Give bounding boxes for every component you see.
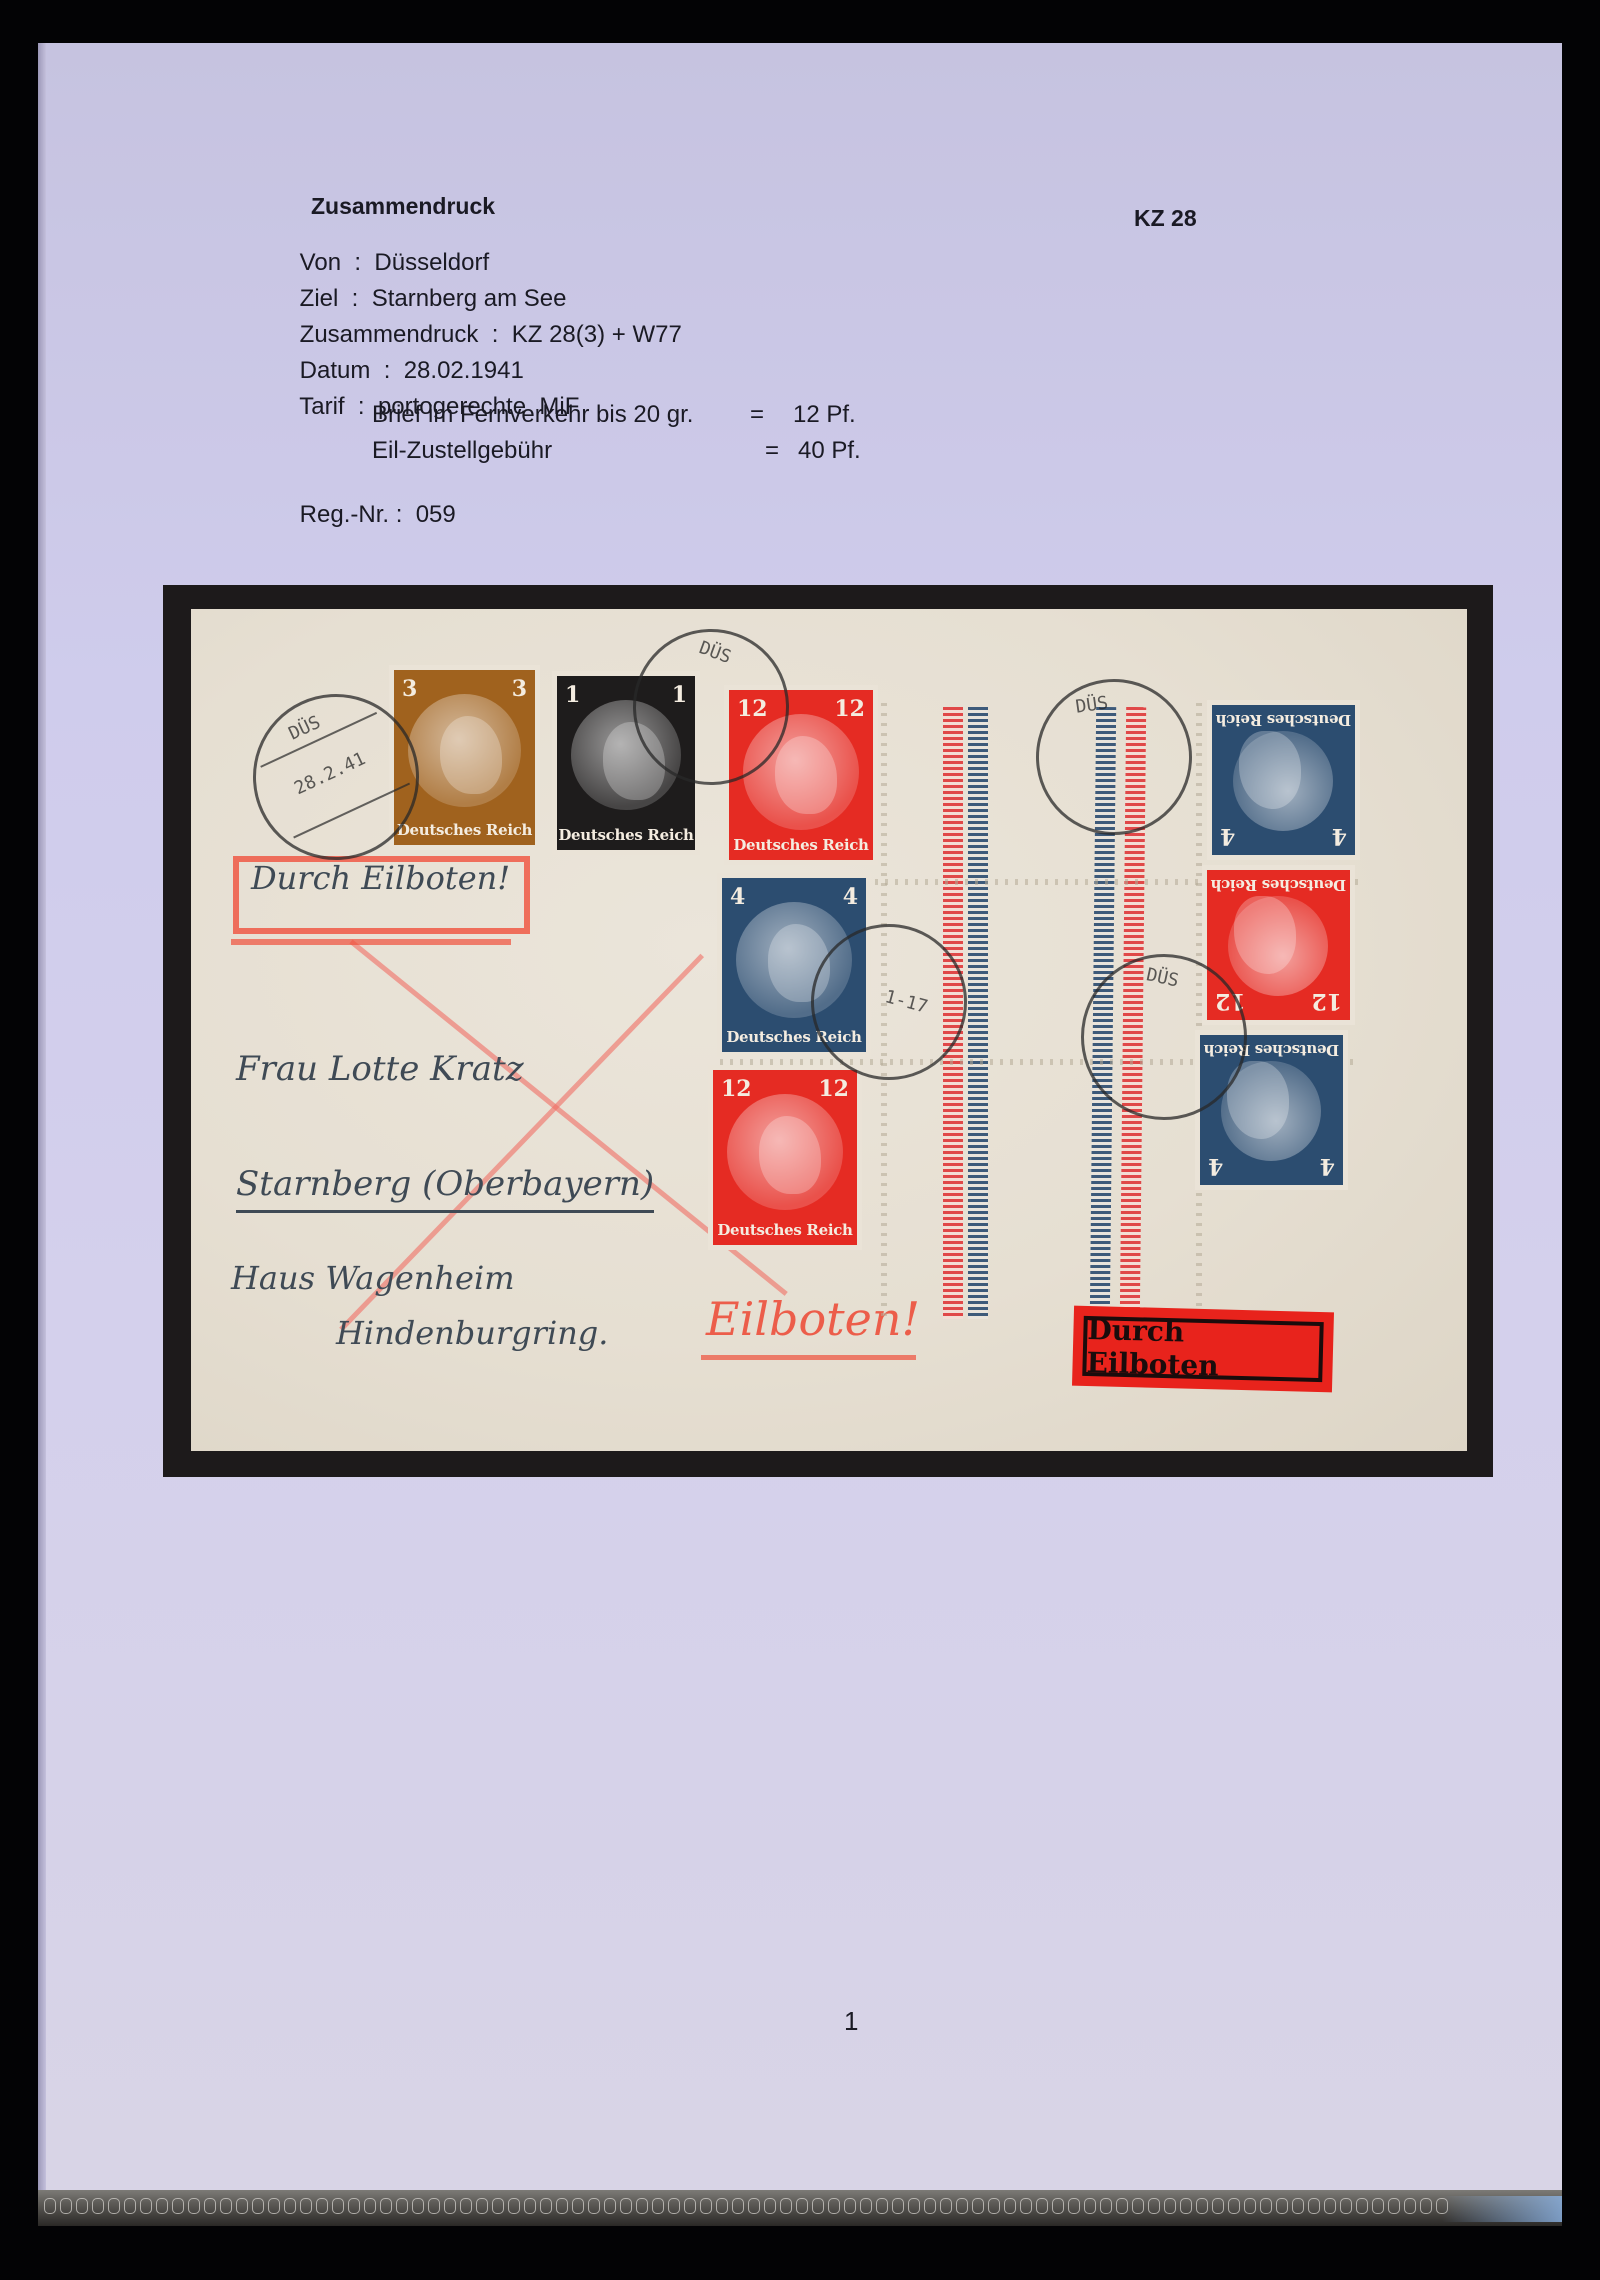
binder-hole [1084, 2198, 1096, 2214]
stamp-value: 12 [721, 1076, 752, 1102]
stamp-value: 3 [402, 676, 417, 702]
binder-hole [1324, 2198, 1336, 2214]
binder-hole [1212, 2198, 1224, 2214]
binder-hole [1388, 2198, 1400, 2214]
binder-hole [444, 2198, 456, 2214]
catalog-code: KZ 28 [1134, 205, 1197, 232]
handwritten-address-street2: Hindenburgring. [336, 1314, 608, 1352]
binder-hole [220, 2198, 232, 2214]
portrait-medallion [1229, 896, 1329, 996]
binder-hole [940, 2198, 952, 2214]
binder-hole [1036, 2198, 1048, 2214]
regnr-value: 059 [416, 501, 456, 528]
red-underline [231, 939, 511, 945]
binder-hole [1148, 2198, 1160, 2214]
binder-hole [908, 2198, 920, 2214]
postmark-city: DÜS [696, 637, 734, 668]
binder-hole [476, 2198, 488, 2214]
rate-amount-0: 12 Pf. [793, 401, 856, 429]
binder-hole [204, 2198, 216, 2214]
stamp-value: 4 [1208, 1153, 1223, 1179]
binder-hole [188, 2198, 200, 2214]
binder-hole [972, 2198, 984, 2214]
binder-hole [380, 2198, 392, 2214]
binder-hole [860, 2198, 872, 2214]
page-number: 1 [844, 2006, 858, 2037]
stamp-value: 12 [1311, 988, 1342, 1014]
binder-hole [92, 2198, 104, 2214]
binder-hole [540, 2198, 552, 2214]
handwritten-eilboten: Durch Eilboten! [251, 859, 510, 897]
binder-hole [124, 2198, 136, 2214]
portrait-icon [775, 736, 837, 814]
stamp-inscription: Deutsches Reich [1207, 876, 1350, 894]
stamp-inscription: Deutsches Reich [394, 821, 535, 839]
express-delivery-label: Durch Eilboten [1072, 1306, 1334, 1393]
rate-eq-1: = [765, 437, 779, 465]
binder-hole [1116, 2198, 1128, 2214]
rate-item-0: Brief im Fernverkehr bis 20 gr. [372, 401, 693, 429]
binder-hole [348, 2198, 360, 2214]
binder-hole [1308, 2198, 1320, 2214]
portrait-icon [440, 716, 502, 794]
binder-hole [44, 2198, 56, 2214]
binder-hole [780, 2198, 792, 2214]
binder-hole [892, 2198, 904, 2214]
zusammendruck-value: KZ 28(3) + W77 [512, 321, 682, 348]
portrait-icon [759, 1116, 821, 1194]
binder-glare [1442, 2196, 1562, 2222]
portrait-icon [1240, 731, 1302, 809]
binder-hole [1020, 2198, 1032, 2214]
binder-hole [492, 2198, 504, 2214]
binder-hole [524, 2198, 536, 2214]
binder-rings [38, 2190, 1562, 2226]
binder-hole [1340, 2198, 1352, 2214]
binder-hole [300, 2198, 312, 2214]
handwritten-address-city: Starnberg (Oberbayern) [236, 1164, 654, 1213]
stamp-inscription: Deutsches Reich [1212, 711, 1355, 729]
binder-hole [140, 2198, 152, 2214]
binder-hole [1100, 2198, 1112, 2214]
binder-hole [1404, 2198, 1416, 2214]
binder-hole [1196, 2198, 1208, 2214]
handwritten-address-street1: Haus Wagenheim [231, 1259, 515, 1297]
binder-hole [572, 2198, 584, 2214]
binder-hole [1372, 2198, 1384, 2214]
binder-hole [316, 2198, 328, 2214]
binder-hole [988, 2198, 1000, 2214]
binder-hole [604, 2198, 616, 2214]
binder-hole [876, 2198, 888, 2214]
binder-hole [1052, 2198, 1064, 2214]
postmark-date: 28.2.41 [291, 748, 369, 799]
envelope: Durch Eilboten! Frau Lotte Kratz Starnbe… [191, 609, 1467, 1451]
binder-hole [700, 2198, 712, 2214]
binder-hole [236, 2198, 248, 2214]
stamp-value: 4 [1332, 823, 1347, 849]
portrait-medallion [1234, 731, 1334, 831]
binder-hole [396, 2198, 408, 2214]
portrait-medallion [727, 1094, 843, 1210]
stamp-value: 4 [730, 884, 745, 910]
postmark-date-fragment: 1-17 [883, 986, 930, 1018]
binder-hole [428, 2198, 440, 2214]
binder-hole [156, 2198, 168, 2214]
binder-hole [268, 2198, 280, 2214]
rate-amount-1: 40 Pf. [798, 437, 861, 465]
binder-hole [668, 2198, 680, 2214]
binder-hole [556, 2198, 568, 2214]
binder-hole [1004, 2198, 1016, 2214]
binder-hole [684, 2198, 696, 2214]
stamp-value: 12 [834, 696, 865, 722]
binder-hole [732, 2198, 744, 2214]
binder-hole [1164, 2198, 1176, 2214]
binder-hole [508, 2198, 520, 2214]
binder-hole [1436, 2198, 1448, 2214]
binder-hole [1276, 2198, 1288, 2214]
binder-hole [716, 2198, 728, 2214]
binder-hole [1068, 2198, 1080, 2214]
binder-hole [284, 2198, 296, 2214]
portrait-medallion [408, 694, 521, 807]
gutter-stripe-blue [968, 707, 988, 1319]
page-heading: Zusammendruck [311, 193, 495, 220]
binder-hole [1356, 2198, 1368, 2214]
binder-hole [364, 2198, 376, 2214]
stamp-value: 3 [512, 676, 527, 702]
stamp-4-pf: 44Deutsches Reich [1212, 705, 1355, 855]
binder-hole [924, 2198, 936, 2214]
cover-mount: Durch Eilboten! Frau Lotte Kratz Starnbe… [163, 585, 1493, 1477]
binder-hole [748, 2198, 760, 2214]
stamp-value: 12 [818, 1076, 849, 1102]
postmark: DÜS [1026, 669, 1202, 845]
stamp-inscription: Deutsches Reich [729, 836, 873, 854]
binder-hole [172, 2198, 184, 2214]
binder-hole [1180, 2198, 1192, 2214]
portrait-icon [1235, 896, 1297, 974]
rate-eq-0: = [750, 401, 764, 429]
binder-hole [1420, 2198, 1432, 2214]
stamp-inscription: Deutsches Reich [713, 1221, 857, 1239]
stamp-value: 4 [1220, 823, 1235, 849]
regnr-label: Reg.-Nr. [300, 501, 389, 528]
stamp-value: 1 [565, 682, 580, 708]
binder-hole [60, 2198, 72, 2214]
binder-hole [412, 2198, 424, 2214]
express-label-text: Durch Eilboten [1082, 1316, 1323, 1382]
stamp-inscription: Deutsches Reich [557, 826, 695, 844]
binder-hole [812, 2198, 824, 2214]
postmark-city: DÜS [1144, 964, 1180, 991]
binder-hole [460, 2198, 472, 2214]
info-regnr: Reg.-Nr. : 059 [273, 473, 456, 557]
handwritten-address-name: Frau Lotte Kratz [236, 1049, 524, 1089]
stamp-value: 4 [1320, 1153, 1335, 1179]
tarif-label: Tarif [299, 393, 344, 420]
binder-hole [108, 2198, 120, 2214]
stamp-12-pf: 1212Deutsches Reich [713, 1070, 857, 1245]
binder-hole [588, 2198, 600, 2214]
red-eilboten-note: Eilboten! [706, 1292, 920, 1346]
binder-hole [796, 2198, 808, 2214]
binder-hole [620, 2198, 632, 2214]
binder-hole [844, 2198, 856, 2214]
binder-hole [1260, 2198, 1272, 2214]
binder-hole [1132, 2198, 1144, 2214]
binder-hole [1244, 2198, 1256, 2214]
binder-hole [652, 2198, 664, 2214]
binder-hole [764, 2198, 776, 2214]
rate-item-1: Eil-Zustellgebühr [372, 437, 552, 465]
red-underline [701, 1355, 916, 1360]
binder-hole [332, 2198, 344, 2214]
stamp-value: 4 [843, 884, 858, 910]
binder-hole [828, 2198, 840, 2214]
binder-hole [76, 2198, 88, 2214]
binder-hole [956, 2198, 968, 2214]
binder-hole [1292, 2198, 1304, 2214]
binder-hole [1228, 2198, 1240, 2214]
binder-hole [636, 2198, 648, 2214]
postmark-city: DÜS [1074, 692, 1109, 717]
binder-hole [252, 2198, 264, 2214]
